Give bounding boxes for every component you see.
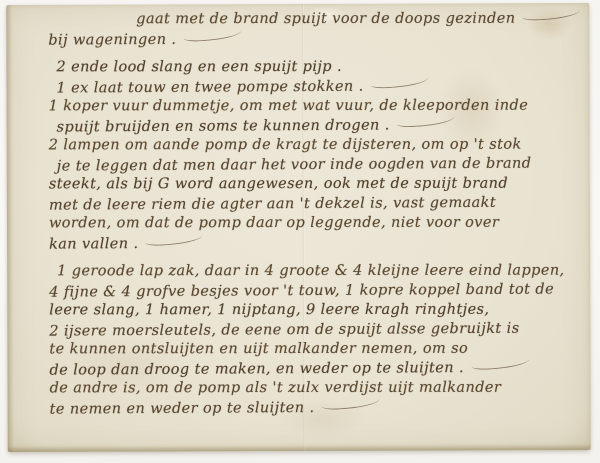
manuscript-line: 2 ende lood slang en een spuijt pijp .: [48, 58, 580, 78]
manuscript-line: 2 ijsere moersleutels, de eene om de spu…: [49, 319, 581, 342]
manuscript-line: de loop dan droog te maken, en weder op …: [49, 358, 581, 381]
manuscript-page: gaat met de brand spuijt voor de doops g…: [6, 3, 591, 452]
manuscript-line: je te leggen dat men daar het voor inde …: [49, 154, 581, 177]
manuscript-line: 2 lampen om aande pomp de kragt te dijst…: [49, 136, 581, 156]
manuscript-line: steekt, als bij G word aangewesen, ook m…: [49, 175, 581, 195]
manuscript-line: 4 fijne & 4 grofve besjes voor 't touw, …: [49, 280, 581, 303]
manuscript-line: gaat met de brand spuijt voor de doops g…: [48, 10, 580, 30]
manuscript-line: 1 ex laat touw en twee pompe stokken .: [48, 76, 580, 99]
manuscript-line: bij wageningen .: [48, 28, 580, 51]
manuscript-text: gaat met de brand spuijt voor de doops g…: [48, 9, 581, 419]
manuscript-line: met de leere riem die agter aan 't dekze…: [49, 193, 581, 216]
manuscript-line: kan vallen .: [49, 232, 581, 255]
manuscript-line: de andre is, om de pomp als 't zulx verd…: [50, 379, 582, 399]
scan-background: gaat met de brand spuijt voor de doops g…: [0, 0, 600, 463]
manuscript-line: 1 geroode lap zak, daar in 4 groote & 4 …: [49, 262, 581, 282]
manuscript-line: leere slang, 1 hamer, 1 nijptang, 9 leer…: [49, 301, 581, 321]
paper-left-edge: [6, 5, 14, 452]
manuscript-line: te nemen en weder op te sluijten .: [50, 397, 582, 420]
manuscript-line: 1 koper vuur dummetje, om met wat vuur, …: [49, 97, 581, 117]
paper-bottom-edge: [8, 444, 591, 452]
manuscript-line: worden, om dat de pomp daar op leggende,…: [49, 214, 581, 234]
manuscript-line: spuijt bruijden en soms te kunnen drogen…: [49, 115, 581, 138]
